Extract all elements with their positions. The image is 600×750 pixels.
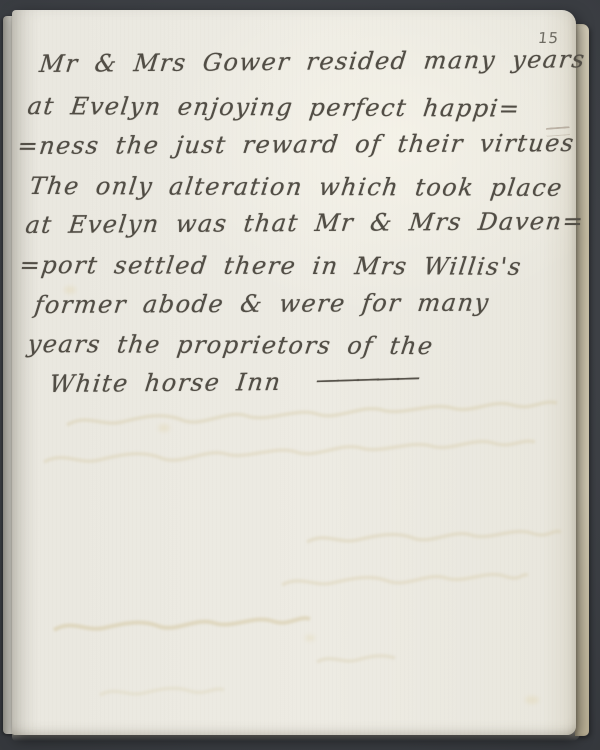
manuscript-line-3: =ness the just reward of their virtues: [16, 129, 576, 160]
page-fore-edge-right: [575, 24, 589, 736]
manuscript-line-2: at Evelyn enjoying perfect happi=: [26, 92, 522, 123]
manuscript-line-6: =port settled there in Mrs Willis's: [18, 251, 524, 281]
manuscript-line-7: former abode & were for many: [33, 289, 491, 319]
manuscript-line-9-text: White horse Inn: [48, 368, 283, 398]
photo-background: 15 Mr & Mrs Gower resided many years at …: [0, 0, 600, 750]
page-number: 15: [537, 29, 560, 47]
manuscript-line-5: at Evelyn was that Mr & Mrs Daven=: [24, 207, 586, 239]
manuscript-line-8: years the proprietors of the: [26, 330, 436, 360]
manuscript-line-1: Mr & Mrs Gower resided many years: [38, 45, 587, 78]
manuscript-line-9: White horse Inn—————: [48, 367, 417, 398]
manuscript-page: 15 Mr & Mrs Gower resided many years at …: [12, 10, 576, 735]
manuscript-line-4: The only alteration which took place: [28, 172, 565, 202]
trailing-dash-flourish: —————: [314, 363, 417, 394]
